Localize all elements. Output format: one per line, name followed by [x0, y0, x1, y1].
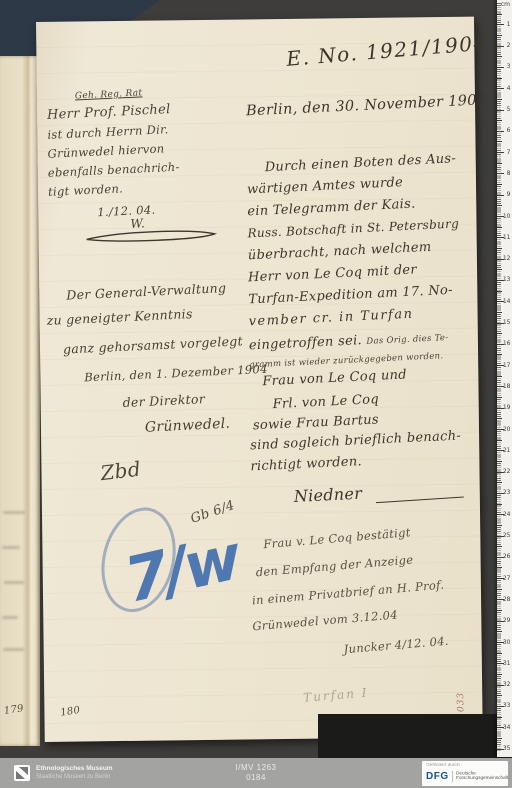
- margin-note-heading: Geh. Reg. Rat: [75, 88, 143, 101]
- ruler-number: 1: [507, 21, 511, 28]
- ruler-number: 12: [503, 255, 511, 262]
- postscript-line: in einem Privatbrief an H. Prof.: [252, 578, 445, 608]
- ruler-half-tick: [497, 35, 502, 36]
- ruler-number: 2: [507, 42, 511, 49]
- forwarding-line: zu geneigter Kenntnis: [46, 306, 193, 328]
- ruler-half-tick: [497, 631, 502, 632]
- ruler-number: 28: [503, 596, 511, 603]
- ruler-half-tick: [497, 227, 502, 228]
- margin-note-line: ebenfalls benachrich-: [48, 160, 180, 180]
- archival-scan: 179 E. No. 1921/1904 Berlin, den 30. Nov…: [0, 0, 512, 788]
- ruler-number: 16: [503, 340, 511, 347]
- ruler-number: 25: [503, 532, 511, 539]
- ruler-half-tick: [497, 610, 502, 611]
- ruler-number: 30: [503, 639, 511, 646]
- margin-note-date: 1./12. 04.: [97, 203, 156, 220]
- logo-sail: [19, 767, 28, 776]
- body-line: Russ. Botschaft in St. Petersburg: [247, 216, 459, 240]
- museum-name: Ethnologisches Museum: [36, 765, 113, 773]
- ruler-half-tick: [497, 397, 502, 398]
- flourish-underline: [81, 226, 221, 246]
- ruler-half-tick: [497, 546, 502, 547]
- ruler-cm-tick: [497, 173, 504, 174]
- ruler-number: 34: [503, 724, 511, 731]
- ruler-number: 7: [507, 149, 511, 156]
- ruler-half-tick: [497, 717, 502, 718]
- ghost-writing: [2, 546, 20, 549]
- body-line: ein Telegramm der Kais.: [247, 197, 416, 220]
- ruler-half-tick: [497, 120, 502, 121]
- ruler-cm-tick: [497, 131, 504, 132]
- ruler-number: 6: [507, 127, 511, 134]
- image-number: 0184: [186, 773, 326, 783]
- letter-page: E. No. 1921/1904 Berlin, den 30. Novembe…: [36, 17, 483, 742]
- ruler-number: 5: [507, 106, 511, 113]
- ruler-number: 13: [503, 276, 511, 283]
- ruler-number: 18: [503, 383, 511, 390]
- museum-logo-icon: [14, 765, 30, 781]
- ruler-half-tick: [497, 269, 502, 270]
- ruler-cm-tick: [497, 88, 504, 89]
- body-line: Turfan-Expedition am 17. No-: [248, 283, 453, 308]
- body-line: vember cr. in Turfan: [248, 307, 413, 330]
- funding-label: Gefördert durch: [426, 763, 460, 768]
- ruler-half-tick: [497, 695, 502, 696]
- ghost-writing: [4, 581, 24, 584]
- ghost-writing: [3, 648, 24, 651]
- ruler-number: 9: [507, 191, 511, 198]
- metadata-footer: Ethnologisches Museum Staatliche Museen …: [0, 758, 512, 788]
- body-line: überbracht, nach welchem: [248, 240, 432, 264]
- ruler-half-tick: [497, 504, 502, 505]
- dfg-name-line: Forschungsgemeinschaft: [456, 776, 508, 781]
- ruler-half-tick: [497, 163, 502, 164]
- ruler-number: 22: [503, 468, 511, 475]
- ruler-cm-tick: [497, 152, 504, 153]
- postscript-signature: Juncker 4/12. 04.: [343, 634, 449, 657]
- body-line: Herr von Le Coq mit der: [248, 262, 417, 285]
- ruler-cm-tick: [497, 195, 504, 196]
- ruler-number: 35: [503, 745, 511, 752]
- ruler-half-tick: [497, 312, 502, 313]
- page-edge-stack: 179: [0, 56, 40, 746]
- ruler-cm-tick: [497, 24, 504, 25]
- ruler-number: 32: [503, 681, 511, 688]
- ruler-half-tick: [497, 99, 502, 100]
- ruler-half-tick: [497, 248, 502, 249]
- margin-note-line: ist durch Herrn Dir.: [47, 122, 169, 142]
- inline-small-note: Das Orig. dies Te-: [366, 333, 448, 347]
- dfg-row: DFG Deutsche Forschungsgemeinschaft: [426, 770, 512, 782]
- ruler-half-tick: [497, 589, 502, 590]
- ruler-number: 27: [503, 575, 511, 582]
- ruler-number: 21: [503, 447, 511, 454]
- ruler-half-tick: [497, 440, 502, 441]
- shelfmark-block: I/MV 1263 0184: [186, 763, 326, 783]
- ruler-number: 3: [507, 63, 511, 70]
- ruler-mm-ticks: [497, 3, 501, 751]
- ruler-number: 24: [503, 511, 511, 518]
- ruler-number: 17: [503, 362, 511, 369]
- ruler-half-tick: [497, 14, 502, 15]
- dfg-abbr: DFG: [426, 771, 449, 782]
- museum-label: Ethnologisches Museum Staatliche Museen …: [36, 765, 113, 781]
- ruler-number: 4: [507, 85, 511, 92]
- signature-gruenwedel: Grünwedel.: [145, 416, 231, 436]
- body-line: richtigt worden.: [250, 454, 362, 474]
- body-line: Frau von Le Coq und: [262, 367, 407, 389]
- ruler-number: 15: [503, 319, 511, 326]
- ruler-number: 11: [503, 234, 511, 241]
- dfg-logo: Gefördert durch DFG Deutsche Forschungsg…: [422, 761, 508, 786]
- ruler-half-tick: [497, 354, 502, 355]
- dateline: Berlin, den 30. November 1904: [246, 92, 487, 119]
- postscript-line: Grünwedel vom 3.12.04: [252, 607, 398, 633]
- signature-niedner: Niedner: [293, 484, 362, 506]
- ghost-writing: [3, 511, 25, 514]
- forwarding-line: der Direktor: [122, 391, 205, 410]
- museum-parent: Staatliche Museen zu Berlin: [36, 773, 113, 781]
- ruler-half-tick: [497, 653, 502, 654]
- ruler-cm-tick: [497, 46, 504, 47]
- body-line: Frl. von Le Coq: [272, 392, 379, 412]
- margin-note-line: tigt worden.: [48, 181, 124, 199]
- ruler-number: 20: [503, 426, 511, 433]
- shelfmark: I/MV 1263: [186, 763, 326, 773]
- ruler-number: 14: [503, 298, 511, 305]
- pencil-note-turfan: Turfan I: [303, 685, 369, 704]
- dfg-divider: [452, 771, 453, 782]
- ruler-number: 10: [503, 213, 511, 220]
- forwarding-line: Der General-Verwaltung: [66, 280, 227, 303]
- ruler-number: 29: [503, 617, 511, 624]
- ruler-number: 23: [503, 489, 511, 496]
- ruler-half-tick: [497, 184, 502, 185]
- ruler-half-tick: [497, 205, 502, 206]
- entry-number: E. No. 1921/1904: [285, 30, 488, 70]
- ruler-cm-tick: [497, 67, 504, 68]
- ruler-half-tick: [497, 141, 502, 142]
- ruler-half-tick: [497, 674, 502, 675]
- ruler-unit-label: cm: [501, 1, 510, 8]
- ruler-half-tick: [497, 525, 502, 526]
- forwarding-dateline: Berlin, den 1. Dezember 1904: [84, 362, 268, 385]
- signature-flourish: [376, 497, 464, 504]
- ruler-half-tick: [497, 78, 502, 79]
- ruler-half-tick: [497, 56, 502, 57]
- ruler-half-tick: [497, 418, 502, 419]
- body-line: eingetroffen sei. Das Orig. dies Te-: [249, 329, 449, 353]
- small-note-line: gramm ist wieder zurückgegeben worden.: [249, 351, 444, 370]
- forwarding-line: ganz gehorsamst vorgelegt: [63, 333, 244, 356]
- ruler-half-tick: [497, 291, 502, 292]
- page-number-previous: 179: [3, 703, 24, 717]
- ruler-number: 33: [503, 702, 511, 709]
- scan-background-patch: [318, 714, 512, 758]
- ruler-number: 19: [503, 404, 511, 411]
- ruler-half-tick: [497, 482, 502, 483]
- body-line: Durch einen Boten des Aus-: [264, 151, 456, 175]
- ruler-number: 8: [507, 170, 511, 177]
- dfg-full-name: Deutsche Forschungsgemeinschaft: [456, 771, 512, 780]
- ruler-number: 31: [503, 660, 511, 667]
- margin-note-line: Herr Prof. Pischel: [47, 102, 171, 123]
- postscript-line: den Empfang der Anzeige: [255, 552, 414, 579]
- ruler-cm-tick: [497, 110, 504, 111]
- ruler-half-tick: [497, 567, 502, 568]
- body-line: wärtigen Amtes wurde: [247, 175, 404, 197]
- postscript-line: Frau v. Le Coq bestätigt: [263, 525, 411, 551]
- body-line: sind sogleich brieflich benach-: [250, 428, 462, 453]
- page-number: 180: [60, 705, 81, 719]
- ruler-half-tick: [497, 738, 502, 739]
- ruler: cm 1234567891011121314151617181920212223…: [497, 0, 512, 757]
- ruler-half-tick: [497, 461, 502, 462]
- body-line-text: eingetroffen sei.: [249, 333, 363, 353]
- ghost-writing: [2, 616, 18, 619]
- clerk-paraph: Zbd: [99, 457, 142, 486]
- ruler-number: 26: [503, 553, 511, 560]
- body-line: sowie Frau Bartus: [253, 412, 380, 433]
- margin-note-line: Grünwedel hiervon: [47, 141, 164, 160]
- logo-sail: [16, 770, 25, 779]
- ruler-half-tick: [497, 376, 502, 377]
- ruler-half-tick: [497, 333, 502, 334]
